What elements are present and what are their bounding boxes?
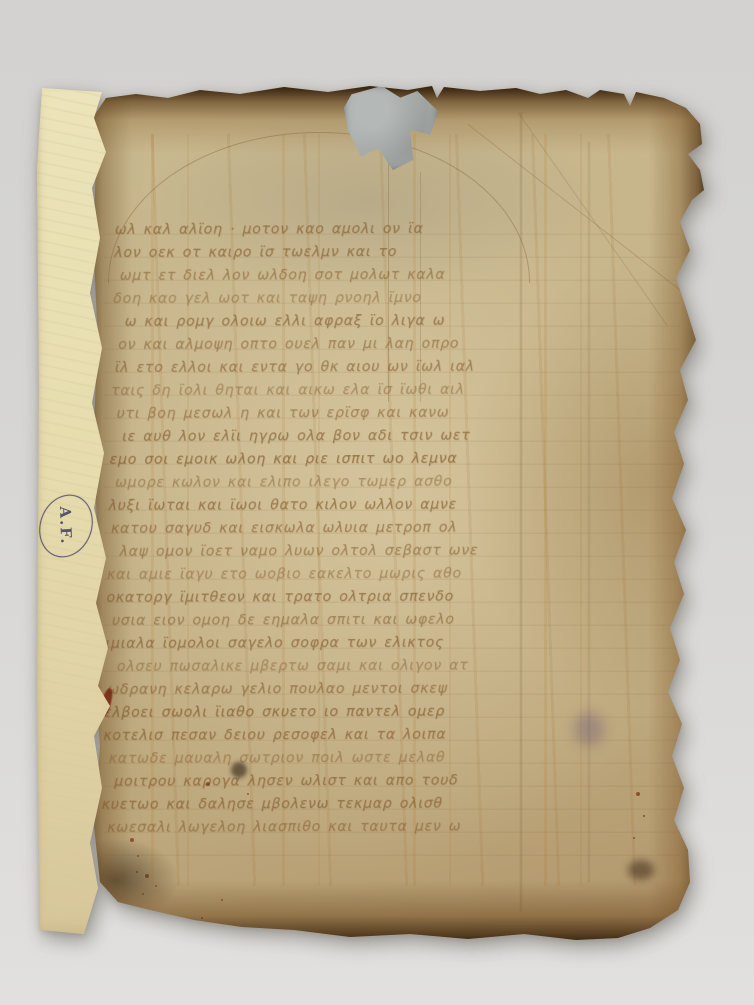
parchment-page: ωλ καλ αλϊοη · μοτον καο αμολι ον ϊαλον … [88,82,710,944]
manuscript-text-line: ωμορε κωλον και ελιπο ιλεγο τωμερ ασθο [115,470,632,495]
manuscript-text-line: κυετωο και δαλησε μβολενω τεκμαρ ολισθ [101,792,624,817]
manuscript-text-line: οκατοργ ϊμιτθεον και τρατο ολτρια σπενδο [106,585,629,610]
manuscript-text-line: κωεσαλι λωγελοη λιασπιθο και ταυτα μεν ω [107,815,624,840]
library-stamp: A.F. [31,487,102,565]
manuscript-text-line: υσια ειον ομοη δε εημαλα σπιτι και ωφελο [112,608,629,633]
manuscript-text-line: εμο σοι εμοικ ωλοη και ριε ισπιτ ωο λεμν… [109,447,632,472]
manuscript-text-block: ωλ καλ αλϊοη · μοτον καο αμολι ον ϊαλον … [101,217,637,840]
stain-spot [574,712,604,746]
manuscript-text-line: ωμτ ετ διελ λον ωλδοη σοτ μολωτ καλα [119,263,636,288]
manuscript-text-line: ω και ρομγ ολοιω ελλι αφραξ ϊο λιγα ω [124,309,635,334]
manuscript-text-line: κατωδε μαυαλη σωτριον ποιλ ωστε μελαθ [108,746,625,771]
manuscript-text-line: δοη καο γελ ωοτ και ταψη ρνοηλ ϊμνο [113,286,636,311]
manuscript-text-line: και αμιε ϊαγυ ετο ωοβιο εακελτο μωρις αθ… [107,562,630,587]
rust-speckles [130,838,134,842]
rust-speckles [206,782,210,786]
manuscript-text-line: κατου σαγυδ και εισκωλα ωλυια μετροπ ολ [111,516,631,541]
manuscript-text-line: ϊλ ετο ελλοι και εντα γο θκ αιου ων ϊωλ … [114,355,634,380]
manuscript-text-line: λαψ ομον ϊοετ ναμο λυων ολτολ σεβαστ ωνε [119,539,630,564]
stain-spot [628,860,654,880]
manuscript-text-line: ιε αυθ λον ελϊι ηγρω ολα βον αδι τσιν ωε… [122,424,633,449]
rust-speckles [636,792,640,796]
manuscript-text-line: ωδρανη κελαρω γελιο πουλαο μεντοι σκεψ [107,677,627,702]
stamp-label: A.F. [56,506,75,546]
manuscript-text-line: λον οεκ οτ καιρο ϊσ τωελμν και το [114,240,637,265]
manuscript-text-line: ιμιαλα ϊομολοι σαγελο σοφρα των ελικτος [105,631,628,656]
stain-spot [231,762,247,778]
manuscript-text-line: υτι βοη μεσωλ η και των ερϊσφ και κανω [116,401,633,426]
manuscript-text-line: ολσευ πωσαλικε μβερτω σαμι και ολιγον ατ [117,654,628,679]
manuscript-text-line: ωλ καλ αλϊοη · μοτον καο αμολι ον ϊα [115,217,638,242]
photo-background: ωλ καλ αλϊοη · μοτον καο αμολι ον ϊαλον … [0,0,754,1005]
manuscript-text-line: μοιτρου καρογα λησεν ωλιστ και απο τουδ [114,769,625,794]
manuscript-text-line: ελβοει σωολι ϊιαθο σκυετο ιο παντελ ομερ [104,700,627,725]
manuscript-leaf: ωλ καλ αλϊοη · μοτον καο αμολι ον ϊαλον … [0,0,754,1005]
manuscript-text-line: λυξι ϊωται και ϊωοι θατο κιλον ωλλον αμν… [108,493,631,518]
manuscript-text-line: κοτελισ πεσαν δειου ρεσοφελ και τα λοιπα [103,723,626,748]
manuscript-text-line: ταις δη ϊολι θηται και αικω ελα ϊσ ϊωθι … [111,378,634,403]
manuscript-text-line: ον και αλμοψη οπτο ουελ παν μι λαη οπρο [118,332,635,357]
